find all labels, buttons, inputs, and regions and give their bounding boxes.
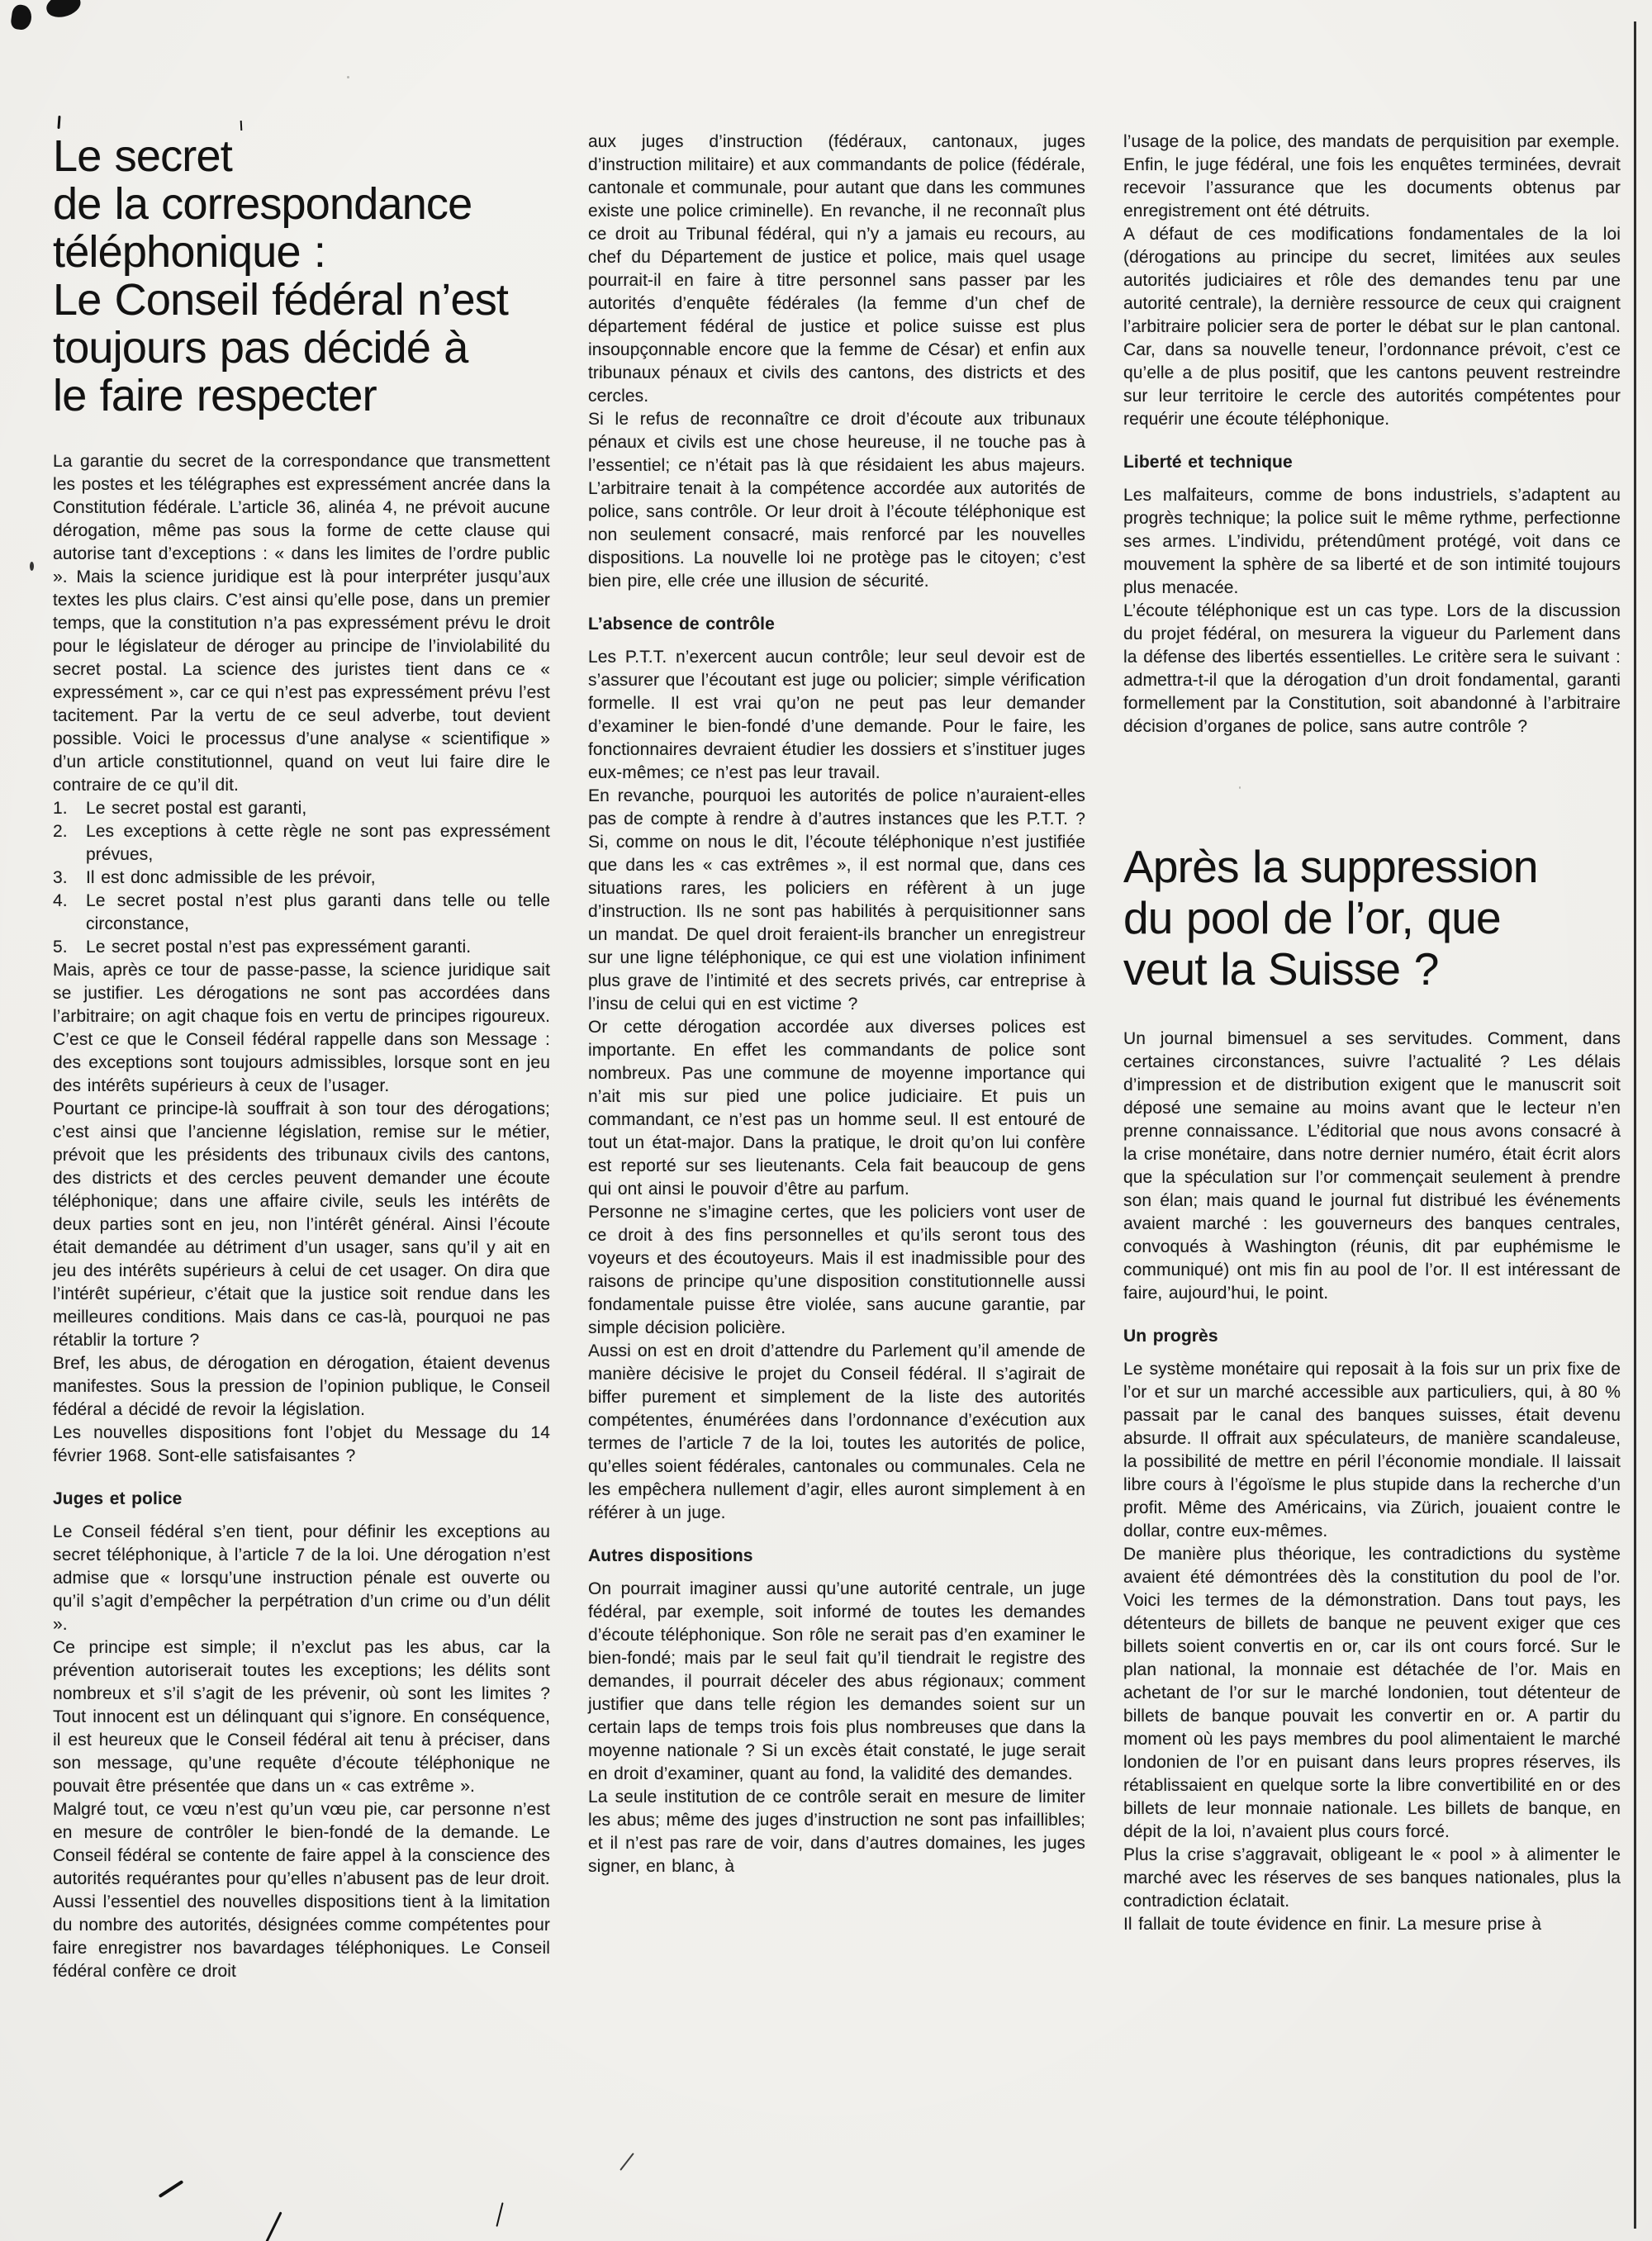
paragraph: Pourtant ce principe-là souffrait à son …: [53, 1098, 550, 1352]
paragraph: Bref, les abus, de dérogation en dérogat…: [53, 1352, 550, 1422]
page-edge-line: [1634, 21, 1636, 2229]
headline-line: Le Conseil fédéral n’est: [53, 276, 550, 324]
headline-line: téléphonique :: [53, 228, 550, 276]
paragraph: Ce principe est simple; il n’exclut pas …: [53, 1636, 550, 1798]
paragraph: Les malfaiteurs, comme de bons industrie…: [1123, 484, 1621, 600]
paragraph: L’écoute téléphonique est un cas type. L…: [1123, 600, 1621, 738]
article-column-3: l’usage de la police, des mandats de per…: [1123, 131, 1621, 1936]
headline-line: Après la suppression: [1123, 841, 1621, 892]
paragraph: La garantie du secret de la correspondan…: [53, 450, 550, 797]
pen-stroke: [159, 2180, 184, 2198]
list-item: Le secret postal est garanti,: [53, 797, 550, 820]
paragraph: Malgré tout, ce vœu n’est qu’un vœu pie,…: [53, 1798, 550, 1891]
paragraph: De manière plus théorique, les contradic…: [1123, 1543, 1621, 1844]
paragraph: Aussi l’essentiel des nouvelles disposit…: [53, 1891, 550, 1983]
headline-line: veut la Suisse ?: [1123, 943, 1621, 995]
newspaper-page: Le secretde la correspondancetéléphoniqu…: [0, 0, 1652, 2241]
paragraph: Les P.T.T. n’exercent aucun contrôle; le…: [588, 646, 1085, 785]
ink-speck: [57, 116, 60, 129]
headline-line: toujours pas décidé à: [53, 324, 550, 372]
paragraph: Or cette dérogation accordée aux diverse…: [588, 1016, 1085, 1201]
headline-pool-de-l-or: Après la suppressiondu pool de l’or, que…: [1123, 841, 1621, 995]
ink-speck: [240, 121, 243, 131]
paragraph: Il fallait de toute évidence en finir. L…: [1123, 1913, 1621, 1936]
paragraph: Un journal bimensuel a ses servitudes. C…: [1123, 1028, 1621, 1305]
ink-speck: [30, 562, 34, 571]
list-item: Le secret postal n’est plus garanti dans…: [53, 890, 550, 936]
paragraph: Les nouvelles dispositions font l’objet …: [53, 1422, 550, 1468]
paragraph: Si le refus de reconnaître ce droit d’éc…: [588, 408, 1085, 593]
subhead-absence-de-controle: L’absence de contrôle: [588, 613, 1085, 636]
subhead-juges-et-police: Juges et police: [53, 1488, 550, 1511]
dust-speck: [347, 76, 349, 78]
paragraph: On pourrait imaginer aussi qu’une autori…: [588, 1578, 1085, 1786]
paragraph: Aussi on est en droit d’attendre du Parl…: [588, 1340, 1085, 1525]
list-item: Le secret postal n’est pas expressément …: [53, 936, 550, 959]
headline-line: de la correspondance: [53, 180, 550, 228]
paragraph: En revanche, pourquoi les autorités de p…: [588, 785, 1085, 1016]
pen-stroke: [496, 2202, 503, 2227]
numbered-list: Le secret postal est garanti,Les excepti…: [53, 797, 550, 959]
paragraph: A défaut de ces modifications fondamenta…: [1123, 223, 1621, 431]
article-column-2: aux juges d’instruction (fédéraux, canto…: [588, 131, 1085, 1878]
list-item: Il est donc admissible de les prévoir,: [53, 866, 550, 890]
headline-secret-correspondance: Le secretde la correspondancetéléphoniqu…: [53, 132, 550, 420]
paragraph: Enfin, le juge fédéral, une fois les enq…: [1123, 154, 1621, 223]
ink-blob: [45, 0, 83, 20]
paragraph: Le Conseil fédéral s’en tient, pour défi…: [53, 1521, 550, 1636]
paragraph: Mais, après ce tour de passe-passe, la s…: [53, 959, 550, 1098]
paragraph: l’usage de la police, des mandats de per…: [1123, 131, 1621, 154]
subhead-liberte-et-technique: Liberté et technique: [1123, 451, 1621, 474]
paragraph: Personne ne s’imagine certes, que les po…: [588, 1201, 1085, 1340]
subhead-un-progres: Un progrès: [1123, 1325, 1621, 1348]
paragraph: Plus la crise s’aggravait, obligeant le …: [1123, 1844, 1621, 1913]
headline-line: le faire respecter: [53, 372, 550, 420]
paragraph: Le système monétaire qui reposait à la f…: [1123, 1358, 1621, 1543]
ink-blob: [10, 3, 33, 31]
headline-line: Le secret: [53, 132, 550, 180]
subhead-autres-dispositions: Autres dispositions: [588, 1545, 1085, 1568]
paragraph: La seule institution de ce contrôle sera…: [588, 1786, 1085, 1878]
article-column-1: Le secretde la correspondancetéléphoniqu…: [53, 132, 550, 1983]
list-item: Les exceptions à cette règle ne sont pas…: [53, 820, 550, 866]
paragraph: aux juges d’instruction (fédéraux, canto…: [588, 131, 1085, 408]
headline-line: du pool de l’or, que: [1123, 892, 1621, 943]
pen-stroke: [619, 2153, 634, 2171]
pen-stroke: [265, 2211, 282, 2241]
